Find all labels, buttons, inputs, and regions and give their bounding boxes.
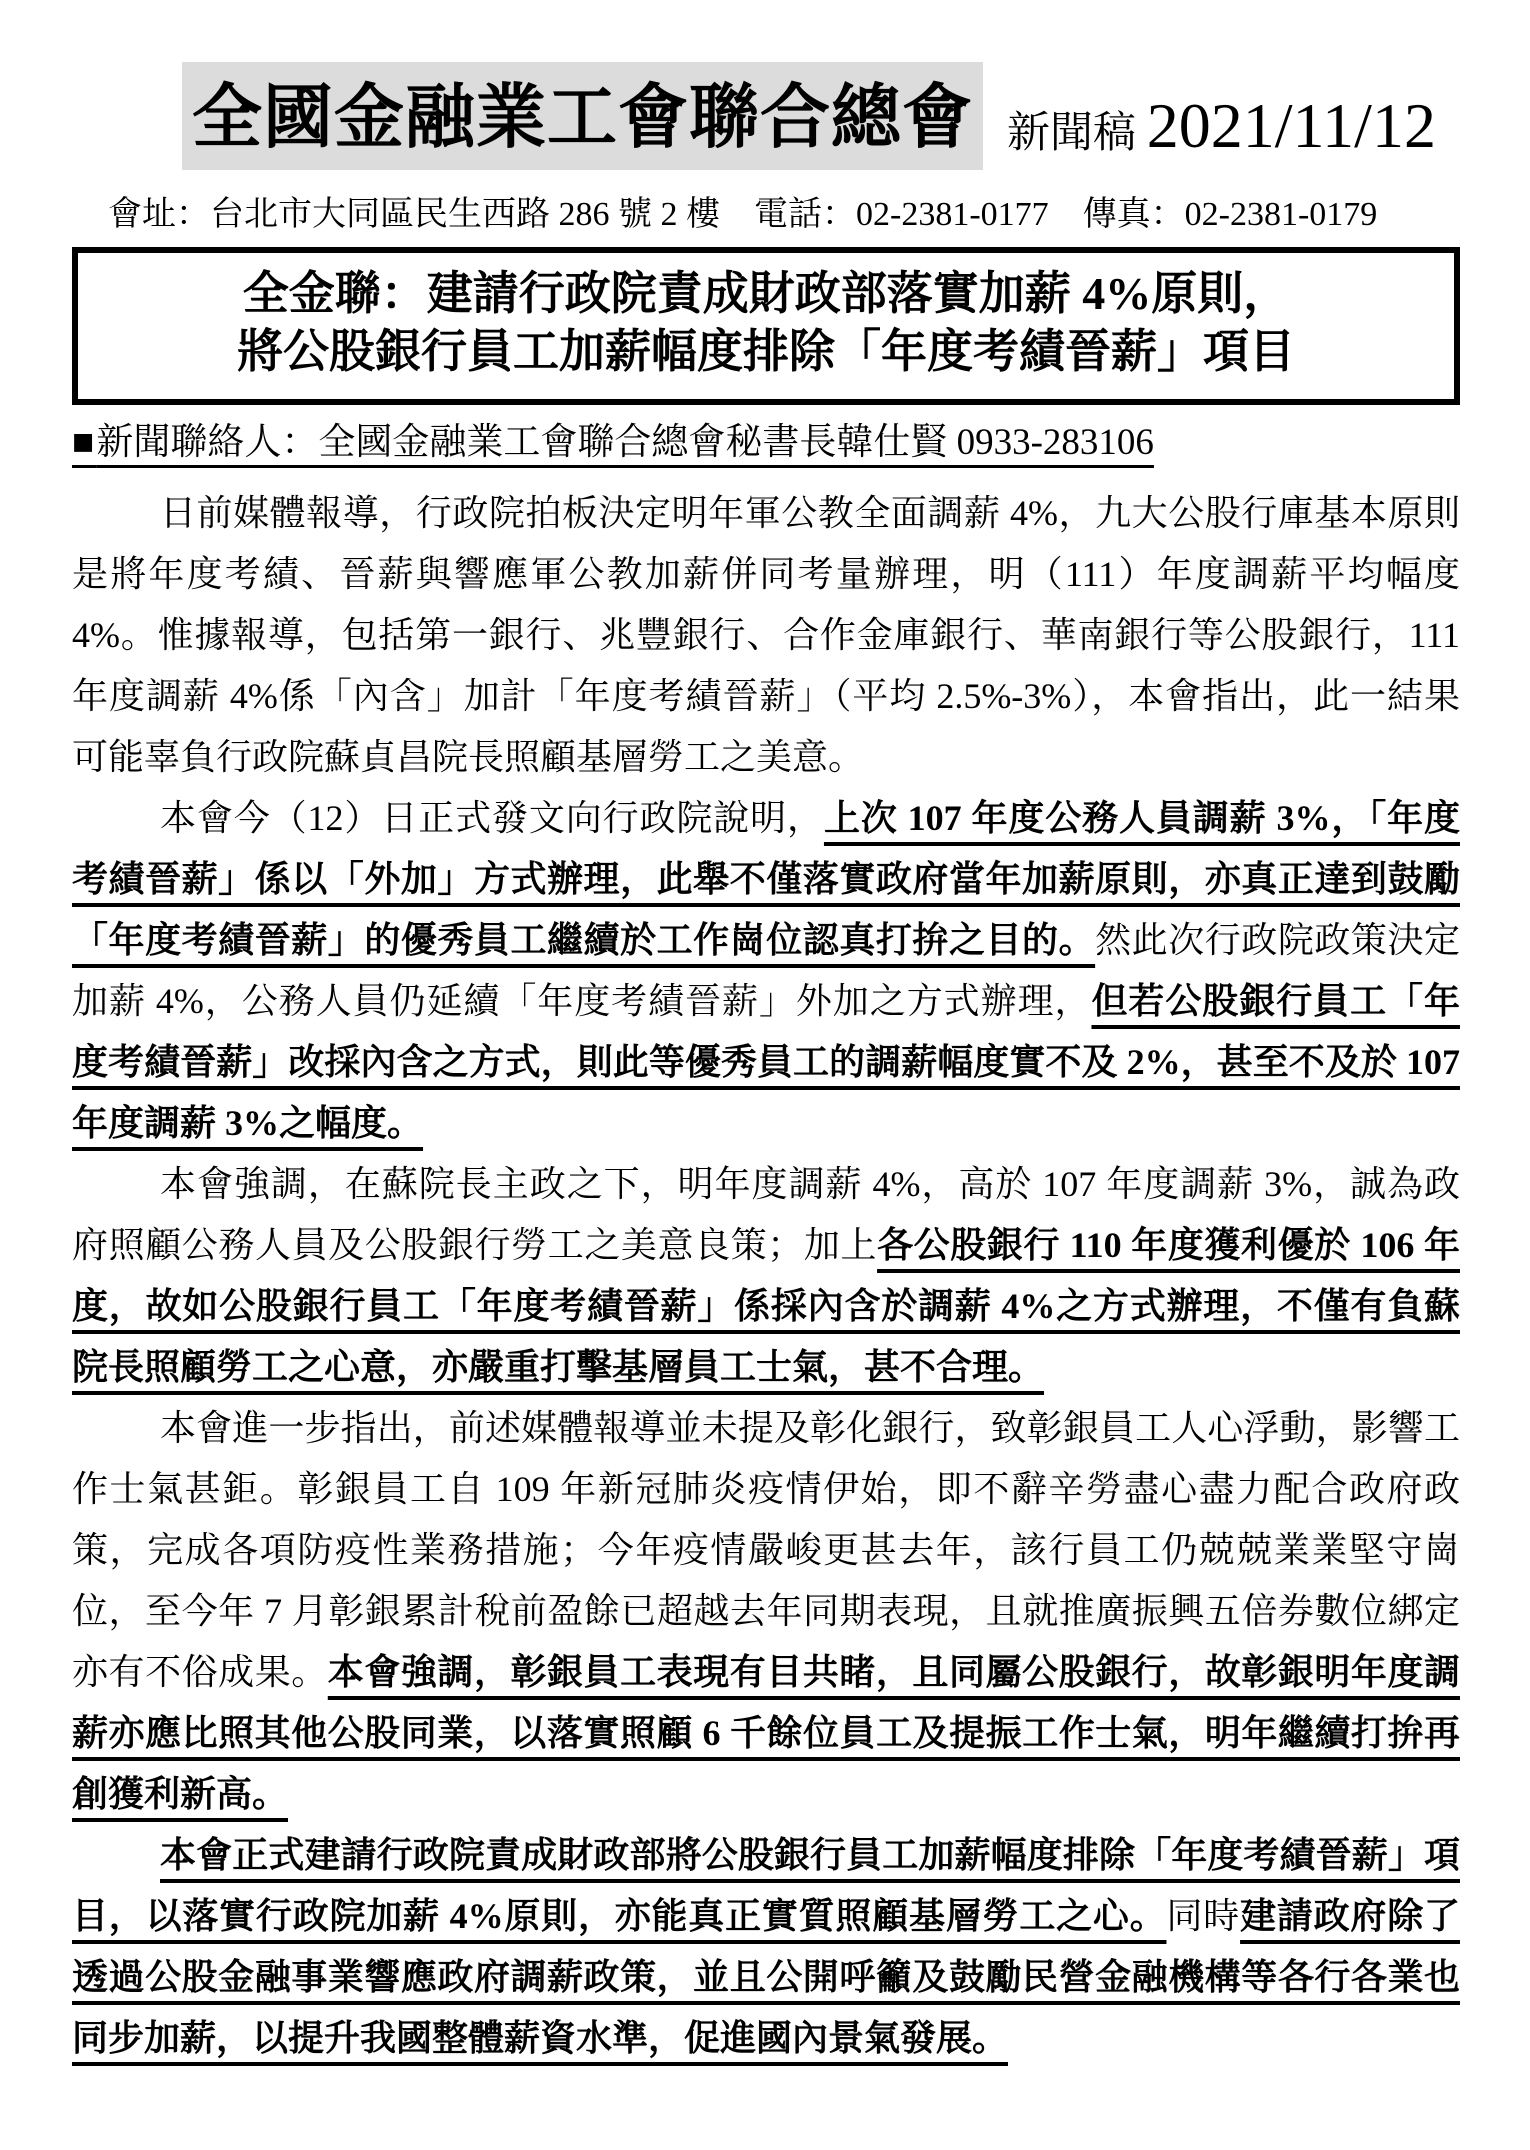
doc-type-space <box>1136 110 1147 157</box>
doc-type-and-date: 新聞稿 2021/11/12 <box>1007 94 1436 158</box>
text-segment: 同時 <box>1166 1896 1240 1936</box>
paragraph-5: 本會正式建請行政院責成財政部將公股銀行員工加薪幅度排除「年度考績晉薪」項目，以落… <box>72 1825 1460 2069</box>
address-line: 會址：台北市大同區民生西路 286 號 2 樓 電話：02-2381-0177 … <box>108 196 1460 233</box>
text-segment: 本會今（12）日正式發文向行政院說明， <box>160 798 824 838</box>
masthead: 全國金融業工會聯合總會 新聞稿 2021/11/12 <box>182 62 1460 170</box>
press-release-page: 全國金融業工會聯合總會 新聞稿 2021/11/12 會址：台北市大同區民生西路… <box>0 0 1530 2150</box>
headline-line-1: 全金聯：建請行政院責成財政部落實加薪 4%原則， <box>86 265 1446 323</box>
headline-line-2: 將公股銀行員工加薪幅度排除「年度考績晉薪」項目 <box>86 323 1446 381</box>
paragraph-1: 日前媒體報導，行政院拍板決定明年軍公教全面調薪 4%，九大公股行庫基本原則是將年… <box>72 483 1460 788</box>
paragraph-4: 本會進一步指出，前述媒體報導並未提及彰化銀行，致彰銀員工人心浮動，影響工作士氣甚… <box>72 1398 1460 1825</box>
press-contact-underlined: ■新聞聯絡人：全國金融業工會聯合總會秘書長韓仕賢 0933-283106 <box>72 422 1154 463</box>
black-square-icon: ■ <box>72 422 96 463</box>
press-contact-line: ■新聞聯絡人：全國金融業工會聯合總會秘書長韓仕賢 0933-283106 <box>72 419 1460 467</box>
doc-type-label: 新聞稿 <box>1007 110 1136 157</box>
headline-box: 全金聯：建請行政院責成財政部落實加薪 4%原則， 將公股銀行員工加薪幅度排除「年… <box>72 247 1460 405</box>
paragraph-3: 本會強調，在蘇院長主政之下，明年度調薪 4%，高於 107 年度調薪 3%，誠為… <box>72 1154 1460 1398</box>
doc-date: 2021/11/12 <box>1147 90 1436 161</box>
text-segment: 日前媒體報導，行政院拍板決定明年軍公教全面調薪 4%，九大公股行庫基本原則是將年… <box>72 493 1460 777</box>
organization-title: 全國金融業工會聯合總會 <box>182 62 983 170</box>
press-contact-text: 新聞聯絡人：全國金融業工會聯合總會秘書長韓仕賢 0933-283106 <box>96 422 1154 463</box>
document-body: 日前媒體報導，行政院拍板決定明年軍公教全面調薪 4%，九大公股行庫基本原則是將年… <box>72 483 1460 2069</box>
paragraph-2: 本會今（12）日正式發文向行政院說明，上次 107 年度公務人員調薪 3%，「年… <box>72 788 1460 1154</box>
text-segment: 本會進一步指出，前述媒體報導並未提及彰化銀行，致彰銀員工人心浮動，影響工作士氣甚… <box>72 1408 1460 1692</box>
